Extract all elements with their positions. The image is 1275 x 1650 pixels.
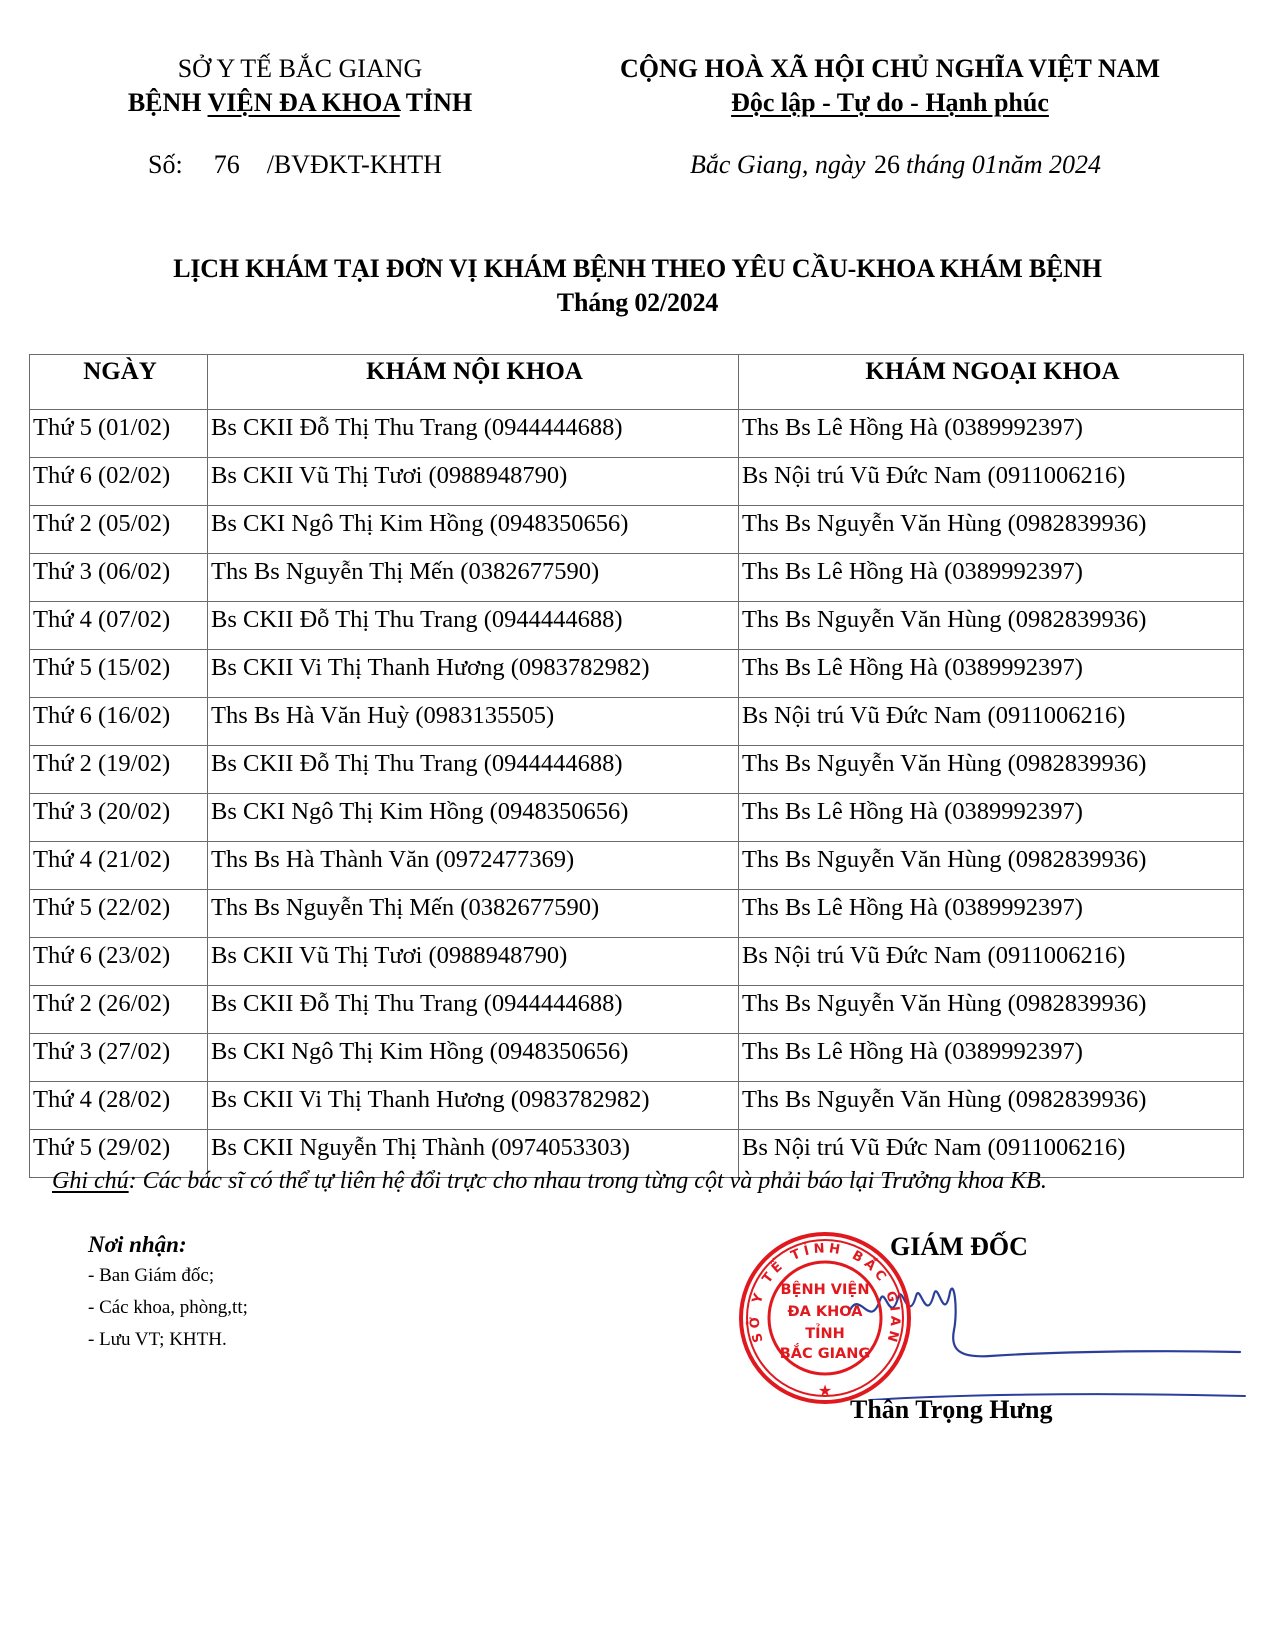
cell-date: Thứ 4 (21/02) xyxy=(30,842,208,890)
org-prefix: BỆNH xyxy=(128,88,208,117)
nation-name: CỘNG HOÀ XÃ HỘI CHỦ NGHĨA VIỆT NAM xyxy=(590,52,1190,86)
cell-surgery-doctor: Ths Bs Lê Hồng Hà (0389992397) xyxy=(739,410,1244,458)
org-underlined: VIỆN ĐA KHOA xyxy=(208,88,400,117)
cell-date: Thứ 6 (23/02) xyxy=(30,938,208,986)
table-row: Thứ 5 (15/02)Bs CKII Vi Thị Thanh Hương … xyxy=(30,650,1244,698)
signer-name: Thân Trọng Hưng xyxy=(850,1395,1053,1425)
cell-surgery-doctor: Ths Bs Nguyễn Văn Hùng (0982839936) xyxy=(739,1082,1244,1130)
cell-date: Thứ 5 (01/02) xyxy=(30,410,208,458)
cell-date: Thứ 3 (06/02) xyxy=(30,554,208,602)
cell-surgery-doctor: Ths Bs Nguyễn Văn Hùng (0982839936) xyxy=(739,842,1244,890)
ref-label: Số: xyxy=(148,150,183,179)
table-row: Thứ 3 (27/02)Bs CKI Ngô Thị Kim Hồng (09… xyxy=(30,1034,1244,1082)
cell-internal-medicine-doctor: Bs CKII Đỗ Thị Thu Trang (0944444688) xyxy=(208,746,739,794)
cell-date: Thứ 3 (20/02) xyxy=(30,794,208,842)
cell-surgery-doctor: Ths Bs Nguyễn Văn Hùng (0982839936) xyxy=(739,506,1244,554)
table-row: Thứ 6 (16/02)Ths Bs Hà Văn Huỳ (09831355… xyxy=(30,698,1244,746)
issue-date-line: Bắc Giang, ngày 26tháng 01năm 2024 xyxy=(690,150,1101,180)
cell-surgery-doctor: Ths Bs Nguyễn Văn Hùng (0982839936) xyxy=(739,602,1244,650)
cell-internal-medicine-doctor: Ths Bs Hà Văn Huỳ (0983135505) xyxy=(208,698,739,746)
cell-date: Thứ 5 (22/02) xyxy=(30,890,208,938)
cell-internal-medicine-doctor: Ths Bs Nguyễn Thị Mến (0382677590) xyxy=(208,890,739,938)
document-title-block: LỊCH KHÁM TẠI ĐƠN VỊ KHÁM BỆNH THEO YÊU … xyxy=(0,252,1275,320)
column-header-date: NGÀY xyxy=(30,355,208,410)
seal-line: BẮC GIANG xyxy=(780,1343,871,1362)
table-row: Thứ 6 (23/02)Bs CKII Vũ Thị Tươi (098894… xyxy=(30,938,1244,986)
date-day: 26 xyxy=(874,150,900,179)
agency-name: SỞ Y TẾ BẮC GIANG xyxy=(90,52,510,86)
schedule-body: Thứ 5 (01/02)Bs CKII Đỗ Thị Thu Trang (0… xyxy=(30,410,1244,1178)
star-icon: ★ xyxy=(818,1383,832,1400)
table-row: Thứ 4 (07/02)Bs CKII Đỗ Thị Thu Trang (0… xyxy=(30,602,1244,650)
cell-surgery-doctor: Ths Bs Lê Hồng Hà (0389992397) xyxy=(739,1034,1244,1082)
cell-date: Thứ 4 (28/02) xyxy=(30,1082,208,1130)
cell-surgery-doctor: Ths Bs Lê Hồng Hà (0389992397) xyxy=(739,650,1244,698)
cell-internal-medicine-doctor: Bs CKII Đỗ Thị Thu Trang (0944444688) xyxy=(208,602,739,650)
cell-surgery-doctor: Ths Bs Lê Hồng Hà (0389992397) xyxy=(739,554,1244,602)
seal-line: TỈNH xyxy=(805,1323,845,1342)
table-row: Thứ 2 (05/02)Bs CKI Ngô Thị Kim Hồng (09… xyxy=(30,506,1244,554)
recipients-block: Nơi nhận: - Ban Giám đốc; - Các khoa, ph… xyxy=(88,1230,248,1356)
cell-internal-medicine-doctor: Ths Bs Hà Thành Văn (0972477369) xyxy=(208,842,739,890)
table-row: Thứ 4 (28/02)Bs CKII Vi Thị Thanh Hương … xyxy=(30,1082,1244,1130)
recipient-item: - Các khoa, phòng,tt; xyxy=(88,1292,248,1324)
cell-surgery-doctor: Ths Bs Lê Hồng Hà (0389992397) xyxy=(739,890,1244,938)
cell-date: Thứ 2 (19/02) xyxy=(30,746,208,794)
table-row: Thứ 4 (21/02)Ths Bs Hà Thành Văn (097247… xyxy=(30,842,1244,890)
cell-surgery-doctor: Ths Bs Lê Hồng Hà (0389992397) xyxy=(739,794,1244,842)
cell-internal-medicine-doctor: Bs CKI Ngô Thị Kim Hồng (0948350656) xyxy=(208,506,739,554)
column-header-internal-medicine: KHÁM NỘI KHOA xyxy=(208,355,739,410)
table-row: Thứ 2 (19/02)Bs CKII Đỗ Thị Thu Trang (0… xyxy=(30,746,1244,794)
document-title: LỊCH KHÁM TẠI ĐƠN VỊ KHÁM BỆNH THEO YÊU … xyxy=(0,252,1275,286)
cell-date: Thứ 6 (02/02) xyxy=(30,458,208,506)
cell-surgery-doctor: Bs Nội trú Vũ Đức Nam (0911006216) xyxy=(739,698,1244,746)
document-subtitle: Tháng 02/2024 xyxy=(0,286,1275,320)
table-row: Thứ 5 (01/02)Bs CKII Đỗ Thị Thu Trang (0… xyxy=(30,410,1244,458)
column-header-surgery: KHÁM NGOẠI KHOA xyxy=(739,355,1244,410)
cell-internal-medicine-doctor: Bs CKI Ngô Thị Kim Hồng (0948350656) xyxy=(208,1034,739,1082)
cell-internal-medicine-doctor: Bs CKI Ngô Thị Kim Hồng (0948350656) xyxy=(208,794,739,842)
seal-line: ĐA KHOA xyxy=(788,1304,864,1320)
table-row: Thứ 3 (06/02)Ths Bs Nguyễn Thị Mến (0382… xyxy=(30,554,1244,602)
cell-date: Thứ 6 (16/02) xyxy=(30,698,208,746)
official-seal: SỞ Y TẾ TỈNH BẮC GIANG BỆNH VIỆN ĐA KHOA… xyxy=(735,1228,915,1408)
national-heading-block: CỘNG HOÀ XÃ HỘI CHỦ NGHĨA VIỆT NAM Độc l… xyxy=(590,52,1190,120)
cell-surgery-doctor: Bs Nội trú Vũ Đức Nam (0911006216) xyxy=(739,458,1244,506)
seal-line: BỆNH VIỆN xyxy=(781,1280,870,1298)
cell-internal-medicine-doctor: Bs CKII Đỗ Thị Thu Trang (0944444688) xyxy=(208,410,739,458)
issuing-authority-block: SỞ Y TẾ BẮC GIANG BỆNH VIỆN ĐA KHOA TỈNH xyxy=(90,52,510,120)
organization-name: BỆNH VIỆN ĐA KHOA TỈNH xyxy=(90,86,510,120)
table-row: Thứ 5 (22/02)Ths Bs Nguyễn Thị Mến (0382… xyxy=(30,890,1244,938)
ref-number: 76 xyxy=(197,150,257,180)
cell-internal-medicine-doctor: Bs CKII Vũ Thị Tươi (0988948790) xyxy=(208,938,739,986)
national-motto: Độc lập - Tự do - Hạnh phúc xyxy=(731,88,1049,117)
cell-internal-medicine-doctor: Bs CKII Vi Thị Thanh Hương (0983782982) xyxy=(208,650,739,698)
cell-internal-medicine-doctor: Ths Bs Nguyễn Thị Mến (0382677590) xyxy=(208,554,739,602)
org-suffix: TỈNH xyxy=(400,88,473,117)
cell-surgery-doctor: Ths Bs Nguyễn Văn Hùng (0982839936) xyxy=(739,746,1244,794)
cell-date: Thứ 4 (07/02) xyxy=(30,602,208,650)
cell-internal-medicine-doctor: Bs CKII Vi Thị Thanh Hương (0983782982) xyxy=(208,1082,739,1130)
cell-date: Thứ 5 (15/02) xyxy=(30,650,208,698)
note-label: Ghi chú xyxy=(52,1168,129,1194)
recipients-title: Nơi nhận: xyxy=(88,1230,248,1260)
cell-internal-medicine-doctor: Bs CKII Vũ Thị Tươi (0988948790) xyxy=(208,458,739,506)
document-reference-number: Số:76/BVĐKT-KHTH xyxy=(148,150,442,180)
cell-date: Thứ 3 (27/02) xyxy=(30,1034,208,1082)
table-row: Thứ 6 (02/02)Bs CKII Vũ Thị Tươi (098894… xyxy=(30,458,1244,506)
schedule-table: NGÀY KHÁM NỘI KHOA KHÁM NGOẠI KHOA Thứ 5… xyxy=(29,354,1244,1178)
date-suffix: tháng 01năm 2024 xyxy=(906,150,1101,179)
table-header-row: NGÀY KHÁM NỘI KHOA KHÁM NGOẠI KHOA xyxy=(30,355,1244,410)
cell-internal-medicine-doctor: Bs CKII Đỗ Thị Thu Trang (0944444688) xyxy=(208,986,739,1034)
cell-surgery-doctor: Bs Nội trú Vũ Đức Nam (0911006216) xyxy=(739,938,1244,986)
note: Ghi chú: Các bác sĩ có thể tự liên hệ đổ… xyxy=(52,1168,1047,1195)
recipient-item: - Ban Giám đốc; xyxy=(88,1260,248,1292)
date-prefix: Bắc Giang, ngày xyxy=(690,150,865,179)
recipient-item: - Lưu VT; KHTH. xyxy=(88,1324,248,1356)
cell-date: Thứ 2 (05/02) xyxy=(30,506,208,554)
table-row: Thứ 2 (26/02)Bs CKII Đỗ Thị Thu Trang (0… xyxy=(30,986,1244,1034)
table-row: Thứ 3 (20/02)Bs CKI Ngô Thị Kim Hồng (09… xyxy=(30,794,1244,842)
note-text: : Các bác sĩ có thể tự liên hệ đổi trực … xyxy=(129,1168,1047,1194)
cell-surgery-doctor: Ths Bs Nguyễn Văn Hùng (0982839936) xyxy=(739,986,1244,1034)
ref-code: /BVĐKT-KHTH xyxy=(267,150,442,179)
cell-date: Thứ 2 (26/02) xyxy=(30,986,208,1034)
